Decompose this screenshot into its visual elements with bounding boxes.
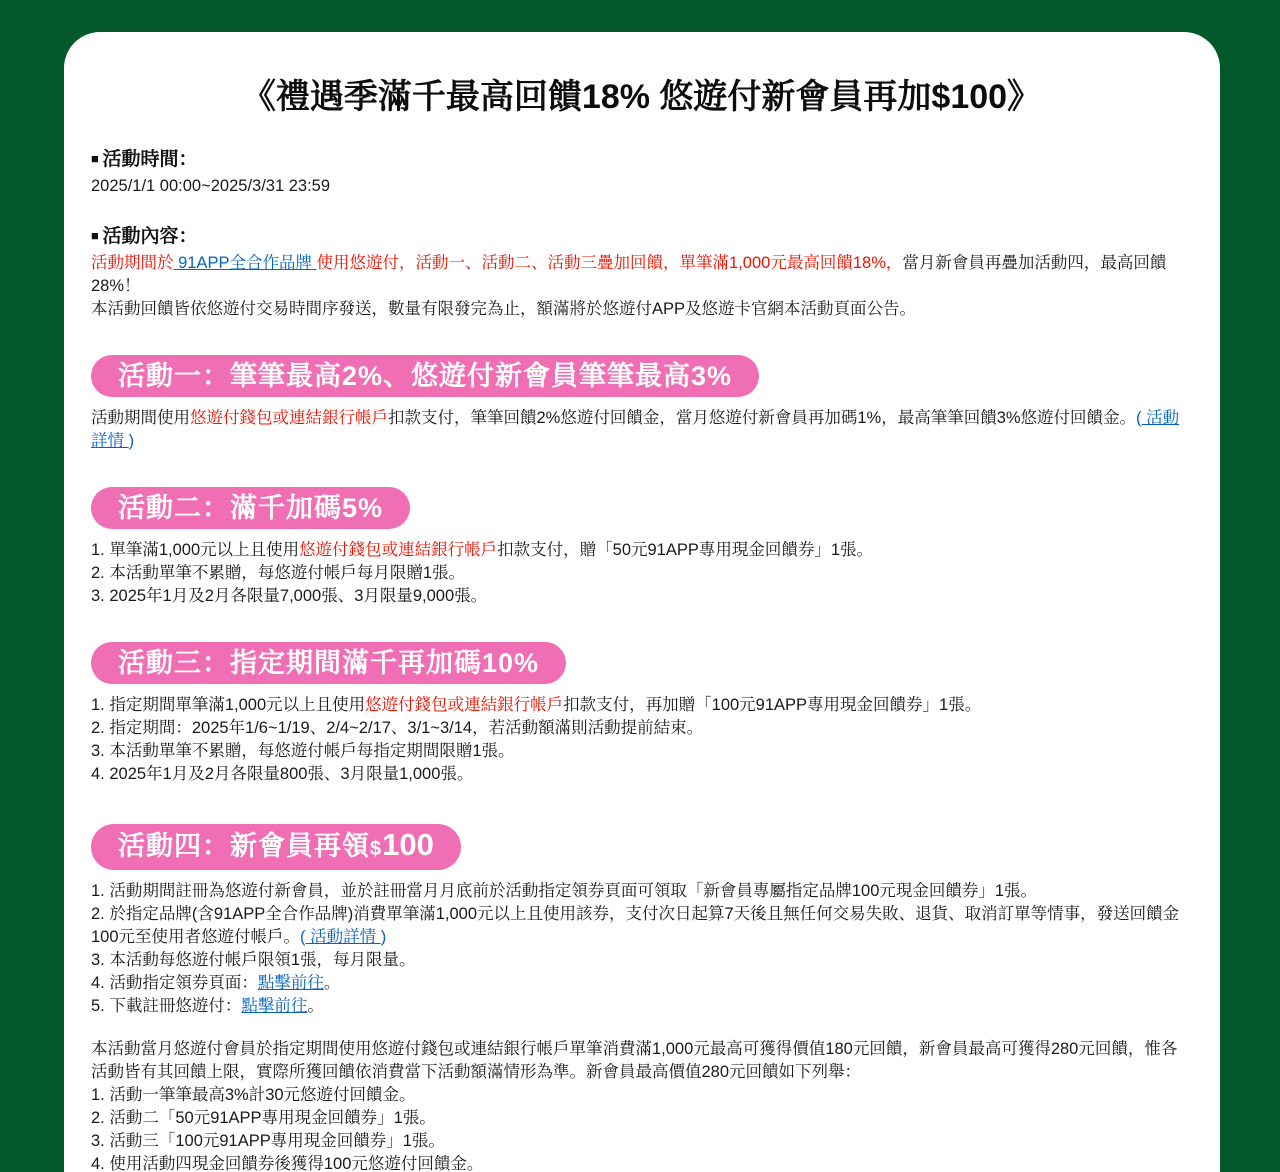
summary-list: 1. 活動一筆筆最高3%計30元悠遊付回饋金。2. 活動二「50元91APP專用… — [91, 1084, 1192, 1172]
list-item: 3. 2025年1月及2月各限量7,000張、3月限量9,000張。 — [91, 585, 1192, 608]
text-segment: ) — [381, 928, 387, 946]
list-item: 4. 2025年1月及2月各限量800張、3月限量1,000張。 — [91, 763, 1192, 786]
list-item: 2. 指定期間：2025年1/6~1/19、2/4~2/17、3/1~3/14，… — [91, 717, 1192, 740]
activity2-badge: 活動二：滿千加碼5% — [91, 487, 410, 529]
text-segment: 2. 指定期間：2025年1/6~1/19、2/4~2/17、3/1~3/14，… — [91, 719, 703, 737]
text-segment: 活動二：滿千加碼5% — [118, 493, 383, 523]
text-segment: 悠遊付錢包或連結銀行帳戶 — [190, 409, 388, 427]
text-segment: 悠遊付錢包或連結銀行帳戶 — [365, 696, 563, 714]
list-item: 3. 本活動每悠遊付帳戶限領1張，每月限量。 — [91, 949, 1192, 972]
text-segment: 1. 活動期間註冊為悠遊付新會員，並於註冊當月月底前於活動指定領券頁面可領取「新… — [91, 882, 1037, 900]
list-item: 1. 活動一筆筆最高3%計30元悠遊付回饋金。 — [91, 1084, 1192, 1107]
activity2-badge-row: 活動二：滿千加碼5% — [91, 487, 1192, 529]
text-segment: 5. 下載註冊悠遊付： — [91, 997, 241, 1015]
text-segment: 2. 於指定品牌(含91APP全合作品牌)消費單筆滿1,000元以上且使用該券，… — [91, 905, 1179, 946]
activity1-badge: 活動一：筆筆最高2%、悠遊付新會員筆筆最高3% — [91, 355, 759, 397]
link-activity4-details[interactable]: 活動詳情 — [306, 928, 381, 946]
list-item: 3. 本活動單筆不累贈，每悠遊付帳戶每指定期間限贈1張。 — [91, 740, 1192, 763]
text-segment: 扣款支付，贈「50元91APP專用現金回饋券」1張。 — [497, 541, 873, 559]
summary-intro-paragraph: 本活動當月悠遊付會員於指定期間使用悠遊付錢包或連結銀行帳戶單筆消費滿1,000元… — [91, 1038, 1192, 1084]
text-segment: 活動一：筆筆最高2%、悠遊付新會員筆筆最高3% — [118, 361, 732, 391]
text-segment: 1. 指定期間單筆滿1,000元以上且使用 — [91, 696, 365, 714]
content-card: 《禮遇季滿千最高回饋18% 悠遊付新會員再加$100》 ■ 活動時間： 2025… — [64, 32, 1220, 1172]
text-segment: 2. 本活動單筆不累贈，每悠遊付帳戶每月限贈1張。 — [91, 564, 465, 582]
text-segment: 活動三：指定期間滿千再加碼10% — [118, 648, 539, 678]
text-segment: 。 — [324, 974, 341, 992]
list-item: 2. 活動二「50元91APP專用現金回饋券」1張。 — [91, 1107, 1192, 1130]
activity1-description: 活動期間使用悠遊付錢包或連結銀行帳戶扣款支付，筆筆回饋2%悠遊付回饋金，當月悠遊… — [91, 407, 1192, 453]
text-segment: 4. 2025年1月及2月各限量800張、3月限量1,000張。 — [91, 765, 473, 783]
activity3-badge-row: 活動三：指定期間滿千再加碼10% — [91, 642, 1192, 684]
activity3-badge: 活動三：指定期間滿千再加碼10% — [91, 642, 566, 684]
summary-section: 本活動當月悠遊付會員於指定期間使用悠遊付錢包或連結銀行帳戶單筆消費滿1,000元… — [91, 1038, 1192, 1172]
text-segment: ■ — [91, 151, 102, 166]
text-segment: 4. 使用活動四現金回饋券後獲得100元悠遊付回饋金。 — [91, 1155, 483, 1172]
list-item: 4. 活動指定領券頁面：點擊前往。 — [91, 972, 1192, 995]
page-title: 《禮遇季滿千最高回饋18% 悠遊付新會員再加$100》 — [91, 76, 1192, 118]
text-segment: 悠遊付錢包或連結銀行帳戶 — [299, 541, 497, 559]
activity3-terms-list: 1. 指定期間單筆滿1,000元以上且使用悠遊付錢包或連結銀行帳戶扣款支付，再加… — [91, 694, 1192, 786]
list-item: 2. 本活動單筆不累贈，每悠遊付帳戶每月限贈1張。 — [91, 562, 1192, 585]
text-segment: $ — [370, 838, 382, 860]
section-heading-time: ■ 活動時間： — [91, 146, 1192, 173]
text-segment: 1. 活動一筆筆最高3%計30元悠遊付回饋金。 — [91, 1086, 416, 1104]
link-91app-brands[interactable]: 91APP全合作品牌 — [174, 254, 317, 272]
text-segment: ■ — [91, 228, 102, 243]
text-segment: 活動四：新會員再領 — [118, 831, 370, 861]
section-heading-content: ■ 活動內容： — [91, 223, 1192, 250]
campaign-intro-paragraph: 活動期間於 91APP全合作品牌 使用悠遊付，活動一、活動二、活動三疊加回饋，單… — [91, 252, 1192, 298]
list-item: 1. 指定期間單筆滿1,000元以上且使用悠遊付錢包或連結銀行帳戶扣款支付，再加… — [91, 694, 1192, 717]
link-claim-page[interactable]: 點擊前往 — [258, 974, 324, 992]
text-segment: 3. 活動三「100元91APP專用現金回饋券」1張。 — [91, 1132, 445, 1150]
link-download-register[interactable]: 點擊前往 — [241, 997, 307, 1015]
text-segment: 。 — [307, 997, 324, 1015]
text-segment: 4. 活動指定領券頁面： — [91, 974, 258, 992]
activity4-terms-list: 1. 活動期間註冊為悠遊付新會員，並於註冊當月月底前於活動指定領券頁面可領取「新… — [91, 880, 1192, 1018]
text-segment: 3. 2025年1月及2月各限量7,000張、3月限量9,000張。 — [91, 587, 487, 605]
text-segment: 3. 本活動每悠遊付帳戶限領1張，每月限量。 — [91, 951, 416, 969]
list-item: 1. 單筆滿1,000元以上且使用悠遊付錢包或連結銀行帳戶扣款支付，贈「50元9… — [91, 539, 1192, 562]
page-background: { "page": { "title": "《禮遇季滿千最高回饋18% 悠遊付新… — [0, 0, 1280, 1172]
activity1-badge-row: 活動一：筆筆最高2%、悠遊付新會員筆筆最高3% — [91, 355, 1192, 397]
activity-period-value: 2025/1/1 00:00~2025/3/31 23:59 — [91, 175, 1192, 198]
list-item: 3. 活動三「100元91APP專用現金回饋券」1張。 — [91, 1130, 1192, 1153]
activity4-badge: 活動四：新會員再領$100 — [91, 824, 461, 870]
text-segment: 活動期間於 — [91, 254, 174, 272]
activity2-terms-list: 1. 單筆滿1,000元以上且使用悠遊付錢包或連結銀行帳戶扣款支付，贈「50元9… — [91, 539, 1192, 608]
list-item: 1. 活動期間註冊為悠遊付新會員，並於註冊當月月底前於活動指定領券頁面可領取「新… — [91, 880, 1192, 903]
text-segment: 活動內容： — [102, 226, 197, 247]
list-item: 4. 使用活動四現金回饋券後獲得100元悠遊付回饋金。 — [91, 1153, 1192, 1172]
campaign-note-paragraph: 本活動回饋皆依悠遊付交易時間序發送，數量有限發完為止，額滿將於悠遊付APP及悠遊… — [91, 298, 1192, 321]
text-segment: 使用悠遊付，活動一、活動二、活動三疊加回饋，單筆滿1,000元最高回饋18%， — [317, 254, 903, 272]
text-segment: 1. 單筆滿1,000元以上且使用 — [91, 541, 299, 559]
text-segment: 扣款支付，筆筆回饋2%悠遊付回饋金，當月悠遊付新會員再加碼1%，最高筆筆回饋3%… — [388, 409, 1136, 427]
text-segment: 活動期間使用 — [91, 409, 190, 427]
text-segment: 扣款支付，再加贈「100元91APP專用現金回饋券」1張。 — [563, 696, 981, 714]
text-segment: 活動時間： — [102, 149, 197, 170]
text-segment: 3. 本活動單筆不累贈，每悠遊付帳戶每指定期間限贈1張。 — [91, 742, 515, 760]
text-segment: 2. 活動二「50元91APP專用現金回饋券」1張。 — [91, 1109, 436, 1127]
text-segment: 100 — [382, 827, 434, 862]
list-item: 5. 下載註冊悠遊付：點擊前往。 — [91, 995, 1192, 1018]
list-item: 2. 於指定品牌(含91APP全合作品牌)消費單筆滿1,000元以上且使用該券，… — [91, 903, 1192, 949]
activity4-badge-row: 活動四：新會員再領$100 — [91, 824, 1192, 870]
text-segment: ) — [129, 432, 135, 450]
